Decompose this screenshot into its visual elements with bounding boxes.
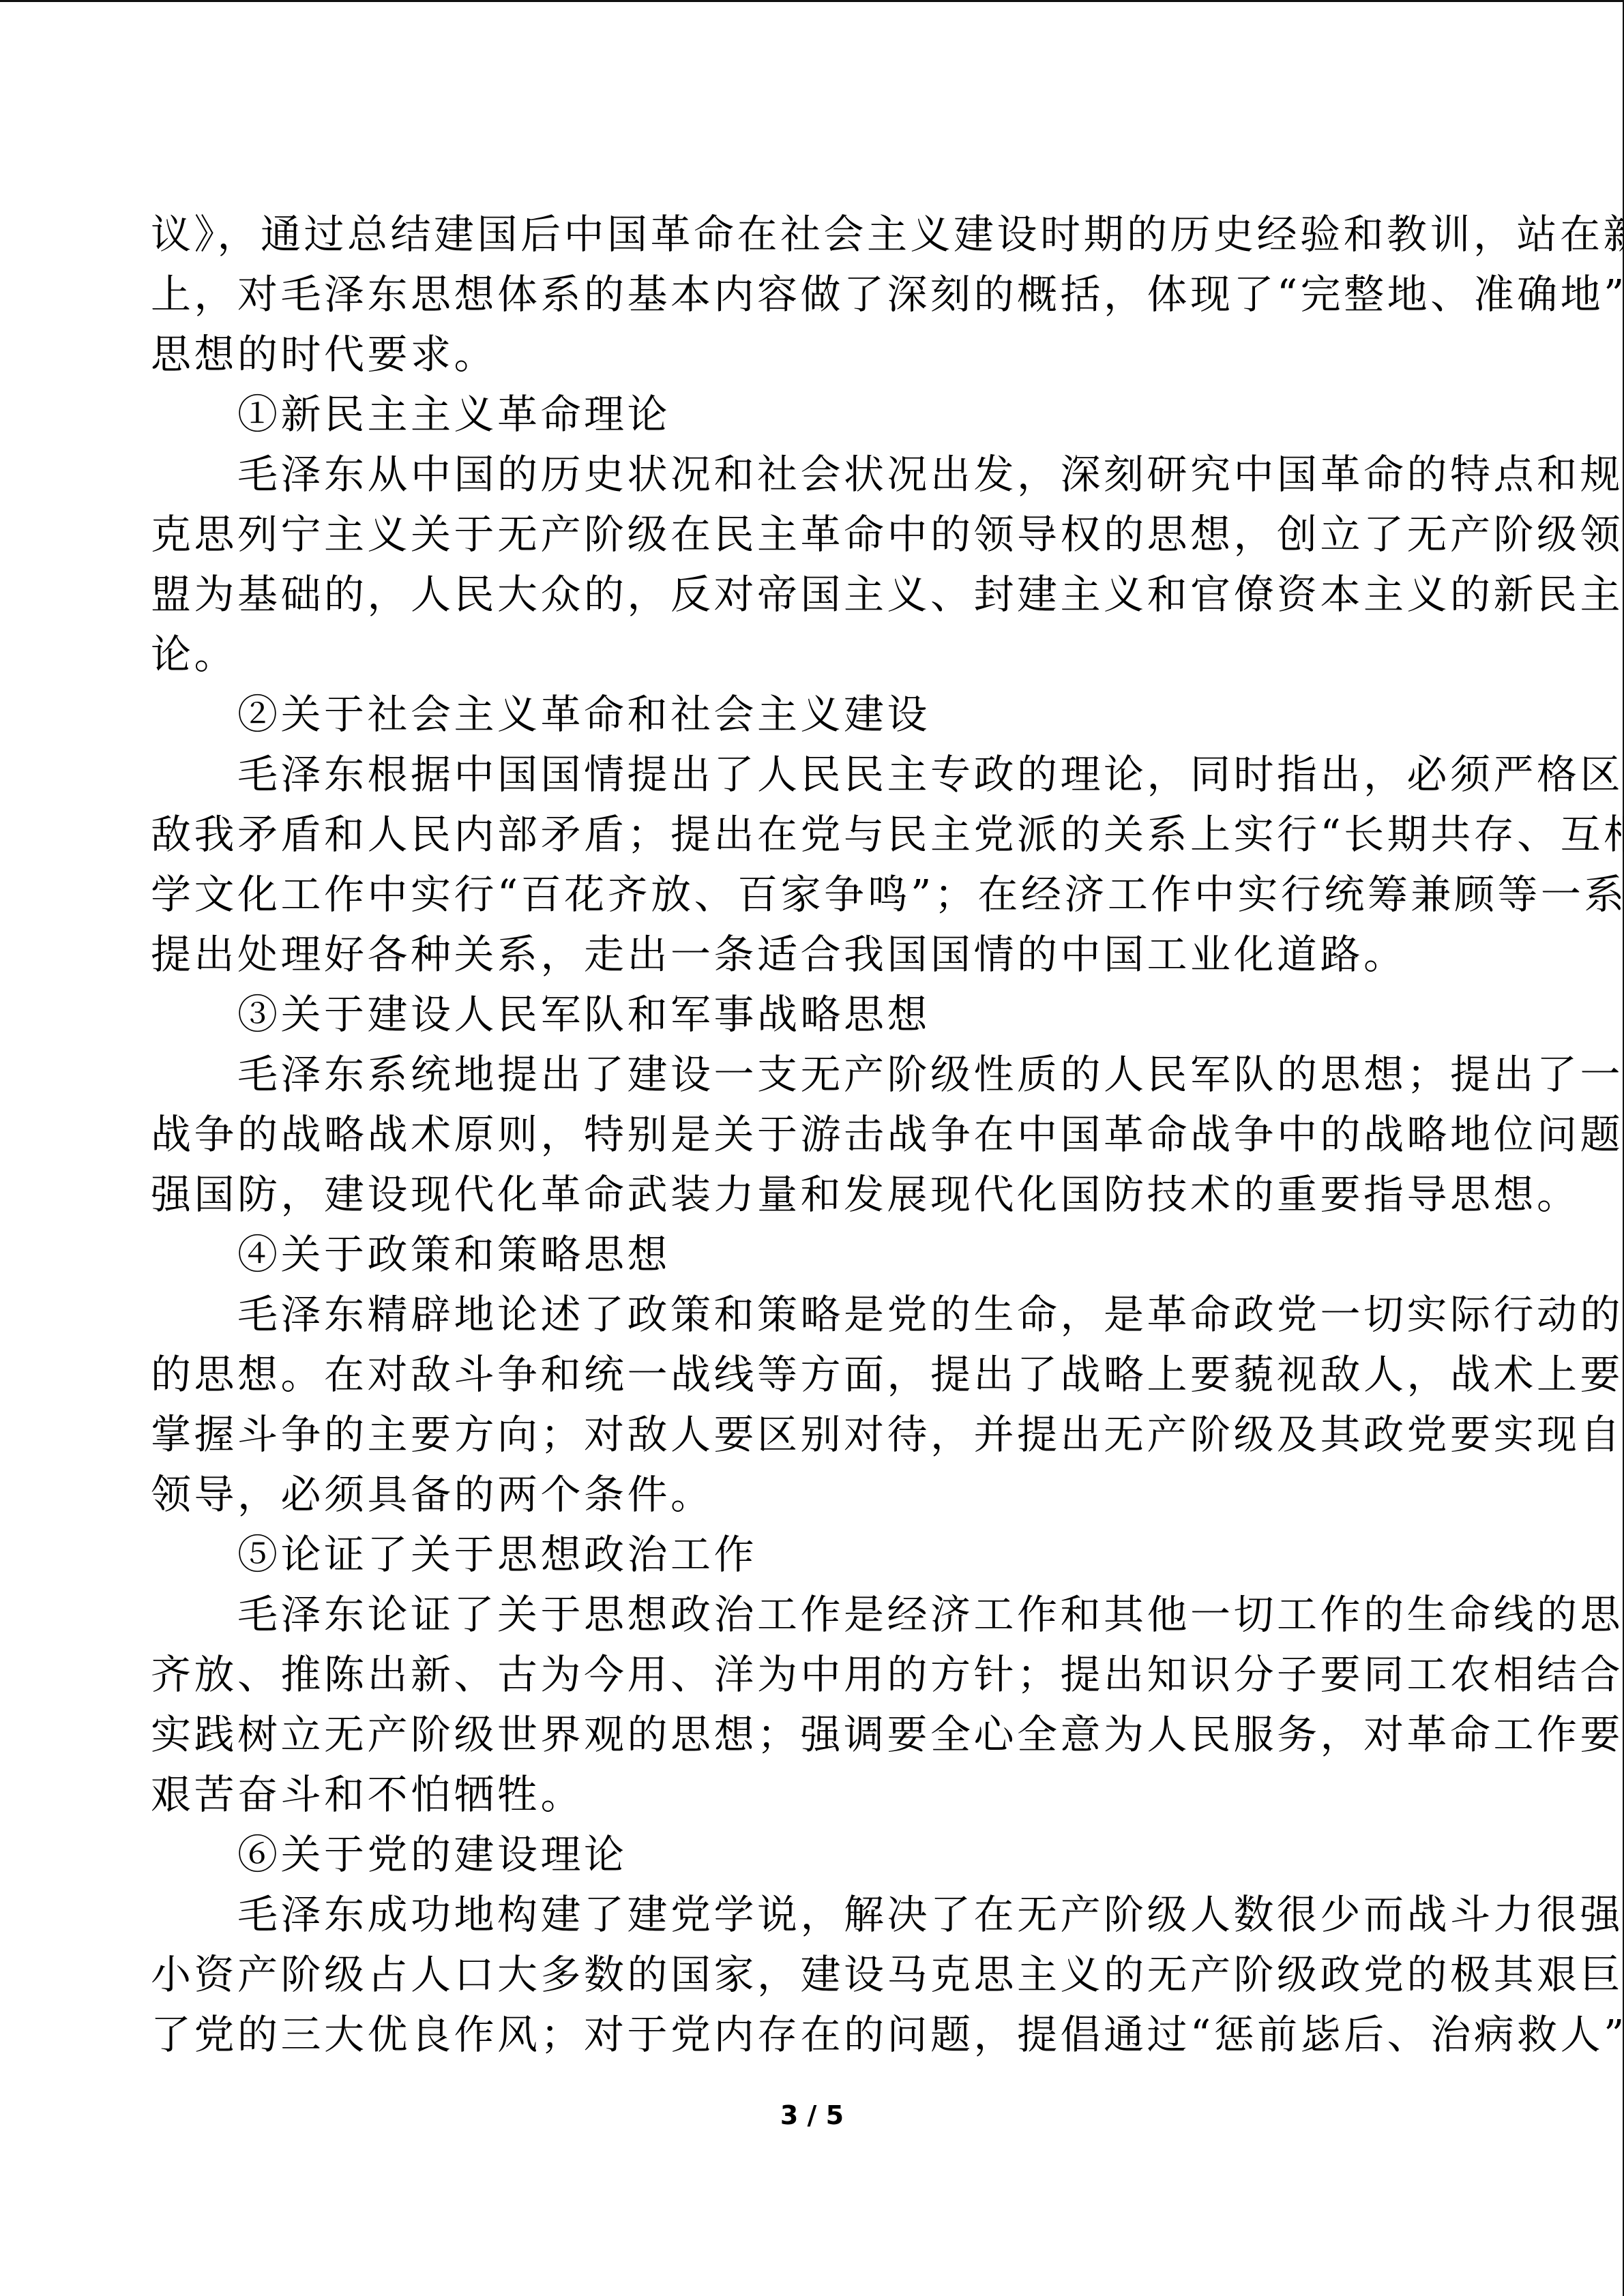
section-heading: ④关于政策和策略思想	[151, 1225, 1456, 1285]
text-line: 战争的战略战术原则，特别是关于游击战争在中国革命战争中的战略地位问题；还提出了加	[151, 1105, 1456, 1165]
text-line: 学文化工作中实行“百花齐放、百家争鸣”；在经济工作中实行统筹兼顾等一系列正确方针…	[151, 865, 1456, 925]
text-line: 盟为基础的，人民大众的，反对帝国主义、封建主义和官僚资本主义的新民主主义革命的理	[151, 565, 1456, 625]
text-line: 的思想。在对敌斗争和统一战线等方面，提出了战略上要藐视敌人，战术上要重视敌人；要	[151, 1345, 1456, 1405]
text-line: 了党的三大优良作风；对于党内存在的问题，提倡通过“惩前毖后、治病救人”的正确方	[151, 2005, 1456, 2065]
section-heading: ⑤论证了关于思想政治工作	[151, 1525, 1456, 1585]
text-line: 毛泽东根据中国国情提出了人民民主专政的理论，同时指出，必须严格区分和正确处理	[151, 745, 1456, 805]
section-heading: ③关于建设人民军队和军事战略思想	[151, 985, 1456, 1045]
text-line: 毛泽东从中国的历史状况和社会状况出发，深刻研究中国革命的特点和规律，发展了马	[151, 445, 1456, 505]
section-heading: ①新民主主义革命理论	[151, 385, 1456, 445]
text-line: 论。	[151, 625, 1456, 685]
page-top-border	[0, 0, 1624, 2]
document-body: 议》，通过总结建国后中国革命在社会主义建设时期的历史经验和教训，站在新时代的高度…	[151, 205, 1456, 2065]
text-line: 毛泽东系统地提出了建设一支无产阶级性质的人民军队的思想；提出了一整套中国革命	[151, 1045, 1456, 1105]
text-line: 齐放、推陈出新、古为今用、洋为中用的方针；提出知识分子要同工农相结合，通过学习和	[151, 1645, 1456, 1705]
text-line: 思想的时代要求。	[151, 325, 1456, 385]
text-line: 敌我矛盾和人民内部矛盾；提出在党与民主党派的关系上实行“长期共存、互相监督”；在…	[151, 805, 1456, 865]
text-line: 小资产阶级占人口大多数的国家，建设马克思主义的无产阶级政党的极其艰巨的任务；概括	[151, 1945, 1456, 2005]
text-line: 强国防，建设现代化革命武装力量和发展现代化国防技术的重要指导思想。	[151, 1165, 1456, 1225]
section-heading: ②关于社会主义革命和社会主义建设	[151, 685, 1456, 745]
text-line: 克思列宁主义关于无产阶级在民主革命中的领导权的思想，创立了无产阶级领导的，工农联	[151, 505, 1456, 565]
text-line: 上，对毛泽东思想体系的基本内容做了深刻的概括，体现了“完整地、准确地”阐述毛泽东	[151, 265, 1456, 325]
text-line: 议》，通过总结建国后中国革命在社会主义建设时期的历史经验和教训，站在新时代的高度	[151, 205, 1456, 265]
text-line: 掌握斗争的主要方向；对敌人要区别对待，并提出无产阶级及其政党要实现自己对同盟者的	[151, 1405, 1456, 1465]
text-line: 毛泽东论证了关于思想政治工作是经济工作和其他一切工作的生命线的思想；提出百花	[151, 1585, 1456, 1645]
text-line: 领导，必须具备的两个条件。	[151, 1465, 1456, 1525]
text-line: 艰苦奋斗和不怕牺牲。	[151, 1765, 1456, 1825]
page-number: 3 / 5	[0, 2099, 1624, 2132]
text-line: 实践树立无产阶级世界观的思想；强调要全心全意为人民服务，对革命工作要极端负责，要	[151, 1705, 1456, 1765]
section-heading: ⑥关于党的建设理论	[151, 1825, 1456, 1885]
text-line: 毛泽东成功地构建了建党学说，解决了在无产阶级人数很少而战斗力很强，农民和其他	[151, 1885, 1456, 1945]
text-line: 提出处理好各种关系，走出一条适合我国国情的中国工业化道路。	[151, 925, 1456, 985]
text-line: 毛泽东精辟地论述了政策和策略是党的生命，是革命政党一切实际行动的出发点和归宿	[151, 1285, 1456, 1345]
